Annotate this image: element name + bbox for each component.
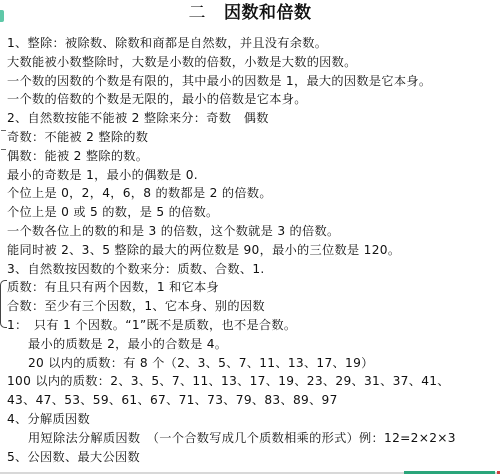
title-text: 因数和倍数 <box>224 3 312 23</box>
doc-line: 能同时被 2、3、5 整除的最大的两位数是 90，最小的三位数是 120。 <box>7 241 497 260</box>
doc-line: 偶数：能被 2 整除的数。 <box>7 147 497 166</box>
grouping-brace <box>0 280 7 328</box>
doc-line: 4、分解质因数 <box>7 410 497 429</box>
doc-line: 最小的奇数是 1，最小的偶数是 0. <box>7 166 497 185</box>
doc-line: 个位上是 0 或 5 的数，是 5 的倍数。 <box>7 203 497 222</box>
doc-line: 20 以内的质数：有 8 个（2、3、5、7、11、13、17、19） <box>7 354 497 373</box>
doc-line: 大数能被小数整除时，大数是小数的倍数，小数是大数的因数。 <box>7 53 497 72</box>
doc-line: 个位上是 0，2，4，6，8 的数都是 2 的倍数。 <box>7 184 497 203</box>
doc-line: 一个数各位上的数的和是 3 的倍数，这个数就是 3 的倍数。 <box>7 222 497 241</box>
doc-line: 质数：有且只有两个因数，1 和它本身 <box>7 278 497 297</box>
document-body: 1、整除：被除数、除数和商都是自然数，并且没有余数。 大数能被小数整除时，大数是… <box>7 34 497 466</box>
doc-line: 2、自然数按能不能被 2 整除来分：奇数 偶数 <box>7 109 497 128</box>
doc-line: 一个数的因数的个数是有限的，其中最小的因数是 1，最大的因数是它本身。 <box>7 72 497 91</box>
title-number: 二 <box>189 3 207 23</box>
doc-line: 1、整除：被除数、除数和商都是自然数，并且没有余数。 <box>7 34 497 53</box>
doc-line: 用短除法分解质因数 （一个合数写成几个质数相乘的形式）例：12=2×2×3 <box>7 429 497 448</box>
doc-line: 5、公因数、最大公因数 <box>7 448 497 467</box>
doc-line: 奇数：不能被 2 整除的数 <box>7 128 497 147</box>
bracket-mark <box>1 130 6 131</box>
page-title: 二因数和倍数 <box>0 2 500 24</box>
doc-line: 1： 只有 1 个因数。“1”既不是质数，也不是合数。 <box>7 316 497 335</box>
doc-line: 43、47、53、59、61、67、71、73、79、83、89、97 <box>7 391 497 410</box>
doc-line: 最小的质数是 2，最小的合数是 4。 <box>7 335 497 354</box>
doc-line: 3、自然数按因数的个数来分：质数、合数、1. <box>7 260 497 279</box>
bracket-mark <box>1 149 6 150</box>
doc-line: 一个数的倍数的个数是无限的，最小的倍数是它本身。 <box>7 90 497 109</box>
doc-line: 100 以内的质数：2、3、5、7、11、13、17、19、23、29、31、3… <box>7 372 497 391</box>
doc-line: 合数：至少有三个因数，1、它本身、别的因数 <box>7 297 497 316</box>
